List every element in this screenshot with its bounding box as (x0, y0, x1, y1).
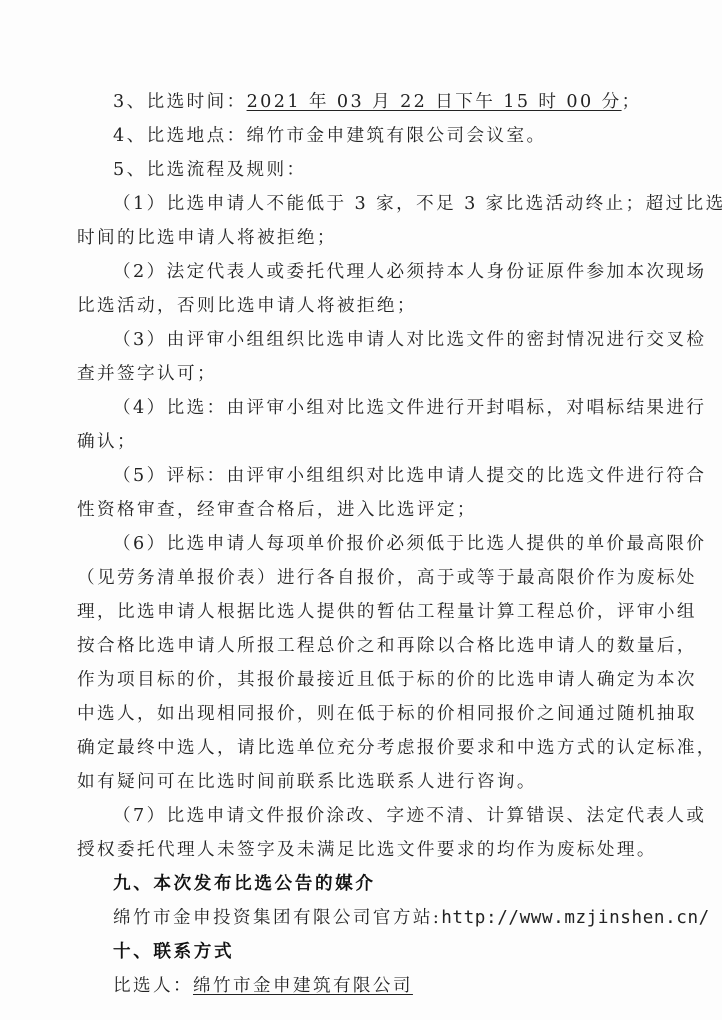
rule-6-line-5: 作为项目标的价，其报价最接近且低于标的价的比选申请人确定为本次 (77, 668, 657, 692)
rule-3-line-2: 查并签字认可； (77, 362, 657, 386)
document-page: 3、比选时间：2021 年 03 月 22 日下午 15 时 00 分； 4、比… (0, 0, 722, 1020)
rule-7-line-1: （7）比选申请文件报价涂改、字迹不清、计算错误、法定代表人或 (113, 804, 693, 828)
rule-7-line-2: 授权委托代理人未签字及未满足比选文件要求的均作为废标处理。 (77, 838, 657, 862)
bid-time-label: 3、比选时间： (113, 92, 247, 112)
rule-6-line-7: 确定最终中选人，请比选单位充分考虑报价要求和中选方式的认定标准， (77, 736, 657, 760)
bid-time-suffix: ； (622, 92, 642, 112)
section-9-media: 绵竹市金申投资集团有限公司官方站:http://www.mzjinshen.cn… (113, 906, 693, 930)
rule-5-line-1: （5）评标：由评审小组组织对比选申请人提交的比选文件进行符合 (113, 464, 693, 488)
section-9-heading: 九、本次发布比选公告的媒介 (113, 872, 693, 896)
bid-time-value: 2021 年 03 月 22 日下午 15 时 00 分 (247, 92, 622, 112)
contact-value: 绵竹市金申建筑有限公司 (193, 976, 413, 996)
rule-2-line-2: 比选活动，否则比选申请人将被拒绝； (77, 294, 657, 318)
rule-6-line-4: 按合格比选申请人所报工程总价之和再除以合格比选申请人的数量后， (77, 634, 657, 658)
rule-6-line-1: （6）比选申请人每项单价报价必须低于比选人提供的单价最高限价 (113, 532, 693, 556)
rule-1-line-2: 时间的比选申请人将被拒绝； (77, 226, 657, 250)
rule-4-line-1: （4）比选：由评审小组对比选文件进行开封唱标，对唱标结果进行 (113, 396, 693, 420)
item-bid-place: 4、比选地点：绵竹市金申建筑有限公司会议室。 (113, 124, 693, 148)
rule-6-line-2: （见劳务清单报价表）进行各自报价，高于或等于最高限价作为废标处 (77, 566, 657, 590)
section-10-contact: 比选人：绵竹市金申建筑有限公司 (113, 974, 693, 998)
rule-6-line-6: 中选人，如出现相同报价，则在低于标的价相同报价之间通过随机抽取 (77, 702, 657, 726)
rule-2-line-1: （2）法定代表人或委托代理人必须持本人身份证原件参加本次现场 (113, 260, 693, 284)
media-url-link[interactable]: http://www.mzjinshen.cn/ (441, 908, 710, 928)
rule-5-line-2: 性资格审查，经审查合格后，进入比选评定； (77, 498, 657, 522)
item-bid-process: 5、比选流程及规则： (113, 158, 693, 182)
media-label: 绵竹市金申投资集团有限公司官方站: (113, 908, 441, 928)
rule-3-line-1: （3）由评审小组组织比选申请人对比选文件的密封情况进行交叉检 (113, 328, 693, 352)
rule-1-line-1: （1）比选申请人不能低于 3 家，不足 3 家比选活动终止；超过比选 (113, 192, 693, 216)
item-bid-time: 3、比选时间：2021 年 03 月 22 日下午 15 时 00 分； (113, 90, 693, 114)
rule-6-line-8: 如有疑问可在比选时间前联系比选联系人进行咨询。 (77, 770, 657, 794)
rule-4-line-2: 确认； (77, 430, 657, 454)
contact-label: 比选人： (113, 976, 193, 996)
section-10-heading: 十、联系方式 (113, 940, 693, 964)
rule-6-line-3: 理，比选申请人根据比选人提供的暂估工程量计算工程总价，评审小组 (77, 600, 657, 624)
